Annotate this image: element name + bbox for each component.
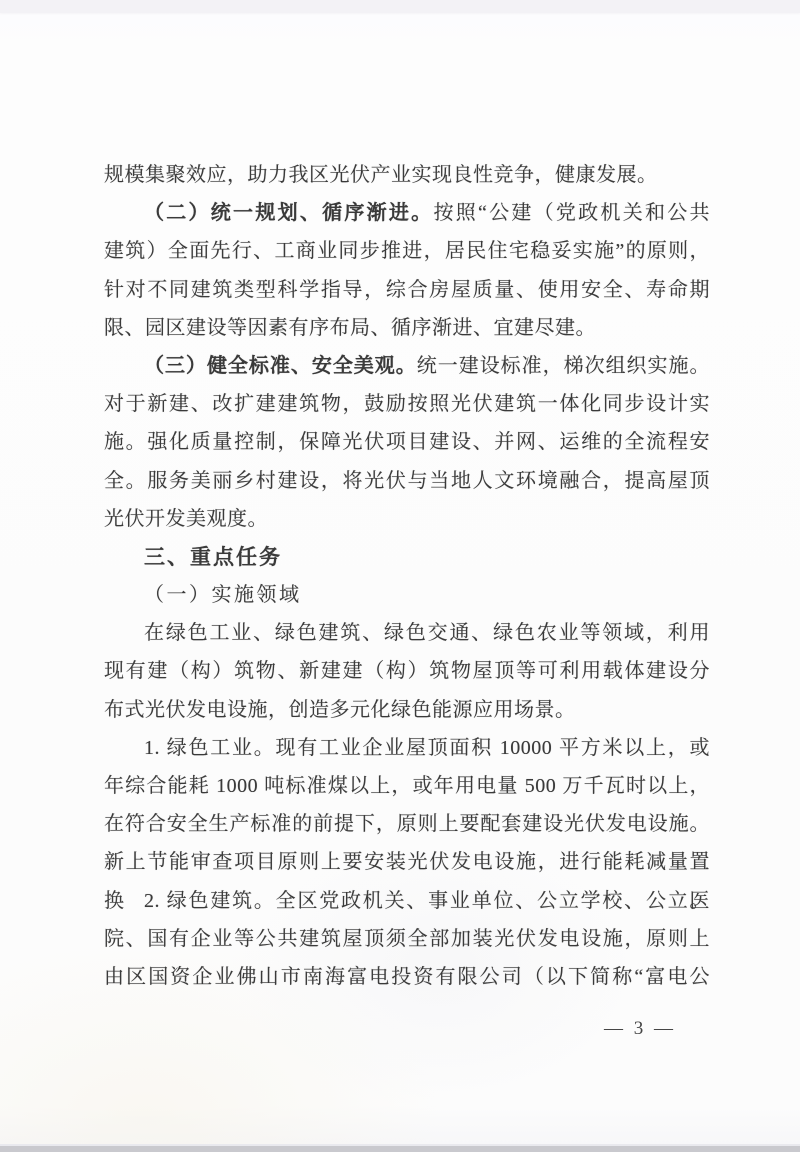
text-line: 光伏开发美观度。 bbox=[104, 500, 710, 538]
line-text: 统一建设标准，梯次组织实施。 bbox=[417, 355, 710, 377]
heading-line: （一）实施领域 bbox=[104, 576, 710, 614]
text-line: 针对不同建筑类型科学指导，综合房屋质量、使用安全、寿命期 bbox=[104, 271, 710, 309]
scan-gutter-top bbox=[0, 0, 800, 13]
text-line: 1. 绿色工业。现有工业企业屋顶面积 10000 平方米以上，或 bbox=[104, 729, 710, 767]
page-number: — 3 — bbox=[104, 1018, 710, 1040]
text-line: 全。服务美丽乡村建设，将光伏与当地人文环境融合，提高屋顶 bbox=[104, 462, 710, 500]
text-line: 现有建（构）筑物、新建建（构）筑物屋顶等可利用载体建设分 bbox=[104, 652, 710, 690]
text-line: 院、国有企业等公共建筑屋顶须全部加装光伏发电设施，原则上 bbox=[104, 920, 710, 958]
text-line: 施。强化质量控制，保障光伏项目建设、并网、运维的全流程安 bbox=[104, 423, 710, 461]
text-line: 在绿色工业、绿色建筑、绿色交通、绿色农业等领域，利用 bbox=[104, 614, 710, 652]
text-line: （二）统一规划、循序渐进。按照“公建（党政机关和公共 bbox=[104, 194, 710, 232]
heading-line: 三、重点任务 bbox=[104, 538, 710, 576]
line-text: 按照“公建（党政机关和公共 bbox=[433, 202, 710, 224]
scanned-page: 规模集聚效应，助力我区光伏产业实现良性竞争，健康发展。（二）统一规划、循序渐进。… bbox=[0, 0, 800, 1152]
text-line: 布式光伏发电设施，创造多元化绿色能源应用场景。 bbox=[104, 691, 710, 729]
line-lead-phrase: （二）统一规划、循序渐进。 bbox=[144, 202, 433, 224]
text-line: 建筑）全面先行、工商业同步推进，居民住宅稳妥实施”的原则， bbox=[104, 232, 710, 270]
text-line: 规模集聚效应，助力我区光伏产业实现良性竞争，健康发展。 bbox=[104, 156, 710, 194]
text-line: 对于新建、改扩建建筑物，鼓励按照光伏建筑一体化同步设计实 bbox=[104, 385, 710, 423]
text-line: 年综合能耗 1000 吨标准煤以上，或年用电量 500 万千瓦时以上， bbox=[104, 767, 710, 805]
line-lead-phrase: （三）健全标准、安全美观。 bbox=[144, 355, 417, 377]
text-line: 2. 绿色建筑。全区党政机关、事业单位、公立学校、公立医 bbox=[104, 882, 710, 920]
text-line: （三）健全标准、安全美观。统一建设标准，梯次组织实施。 bbox=[104, 347, 710, 385]
document-body: 规模集聚效应，助力我区光伏产业实现良性竞争，健康发展。（二）统一规划、循序渐进。… bbox=[104, 156, 710, 996]
text-line: 在符合安全生产标准的前提下，原则上要配套建设光伏发电设施。 bbox=[104, 805, 710, 843]
scan-gutter-bottom bbox=[0, 1144, 800, 1152]
text-line: 限、园区建设等因素有序布局、循序渐进、宜建尽建。 bbox=[104, 309, 710, 347]
text-line: 由区国资企业佛山市南海富电投资有限公司（以下简称“富电公 bbox=[104, 958, 710, 996]
text-line: 新上节能审查项目原则上要安装光伏发电设施，进行能耗减量置换。 bbox=[104, 843, 710, 881]
